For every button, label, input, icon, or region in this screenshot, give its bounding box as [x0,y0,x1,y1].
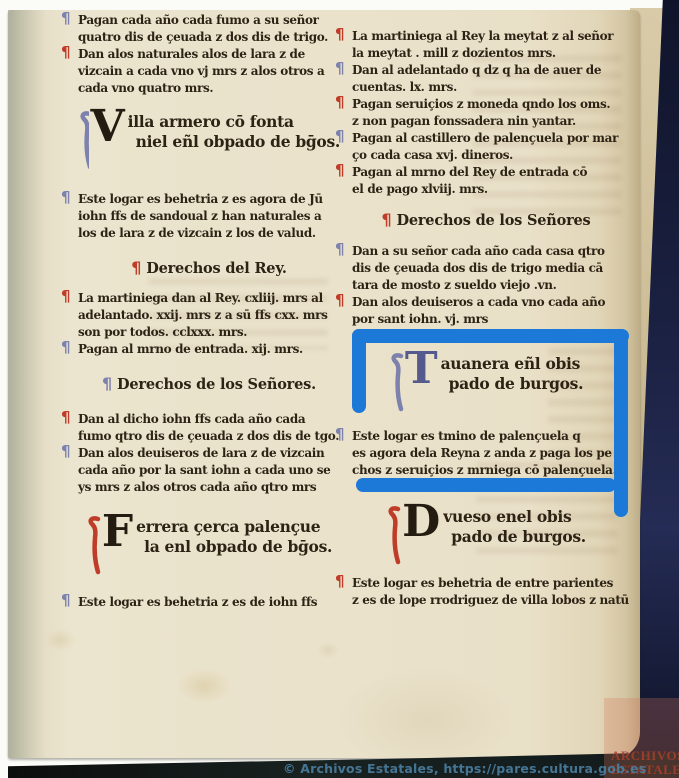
manuscript-heading: ¶Derechos de los Señores [352,210,620,229]
manuscript-line: ¶Dan alos deuiseros a cada vno cada año [352,294,620,311]
calderon-mark: ¶ [61,443,70,460]
manuscript-paragraph: ¶Pagan al mrno del Rey de entrada cōel d… [352,164,620,198]
manuscript-paragraph: ¶La martiniega dan al Rey. cxliij. mrs a… [78,290,340,341]
calderon-mark: ¶ [61,288,70,305]
manuscript-line: ço cada casa xvj. dineros. [352,147,620,164]
manuscript-line: ¶Dan alos naturales alos de lara z de [78,46,340,63]
calderon-mark: ¶ [61,339,70,356]
heading-line: la enl obpado de bḡos. [144,537,332,557]
heading-text: Derechos del Rey. [146,260,287,277]
heading-lines: errera çerca palençuela enl obpado de bḡ… [136,515,332,556]
heading-line: auanera eñl obis [441,354,584,374]
calderon-mark: ¶ [381,210,391,229]
manuscript-heading: Tauanera eñl obispado de burgos. [352,352,620,412]
manuscript-line: ¶Pagan al mrno del Rey de entrada cō [352,164,620,181]
manuscript-page: ¶Pagan cada año cada fumo a su señorquat… [8,10,640,758]
text-column-right: ¶La martiniega al Rey la meytat z al señ… [352,10,620,758]
text-column-left: ¶Pagan cada año cada fumo a su señorquat… [78,10,340,758]
illuminated-initial: T [405,348,438,390]
manuscript-line: ¶Dan al dicho iohn ffs cada año cada [78,411,340,428]
manuscript-paragraph: ¶Dan a su señor cada año cada casa qtrod… [352,243,620,294]
heading-line: illa armero cō fonta [128,112,340,132]
manuscript-line: adelantado. xxij. mrs z a sū ffs cxx. mr… [78,307,340,324]
heading-lines: illa armero cō fontaniel eñl obpado de b… [128,110,340,151]
manuscript-line: iohn ffs de sandoual z han naturales a [78,208,340,225]
heading-line: vueso enel obis [443,507,586,527]
manuscript-line: cuentas. lx. mrs. [352,79,620,96]
heading-line: errera çerca palençue [136,517,332,537]
entry-heading-row: Ferrera çerca palençuela enl obpado de b… [78,515,340,575]
calderon-mark: ¶ [61,44,70,61]
manuscript-paragraph: ¶Dan al adelantado q dz q ha de auer dec… [352,62,620,96]
manuscript-line: ¶Pagan al castillero de palençuela por m… [352,130,620,147]
manuscript-line: la meytat . mill z dozientos mrs. [352,45,620,62]
manuscript-line: ¶Este logar es behetria z es de iohn ffs [78,594,340,611]
entry-heading-row: Villa armero cō fontaniel eñl obpado de … [78,110,340,170]
manuscript-line: ¶Dan a su señor cada año cada casa qtro [352,243,620,260]
heading-lines: auanera eñl obispado de burgos. [441,352,584,393]
initial-flourish-icon [78,110,89,170]
calderon-mark: ¶ [61,409,70,426]
manuscript-paragraph: ¶Pagan al mrno de entrada. xij. mrs. [78,341,340,358]
calderon-mark: ¶ [131,258,141,277]
highlight-box-right [614,329,628,517]
binding-gutter-shadow [8,10,48,758]
manuscript-line: son por todos. cclxxx. mrs. [78,324,340,341]
heading-lines: vueso enel obispado de burgos. [443,505,586,546]
manuscript-line: z non pagan fonssadera nin yantar. [352,113,620,130]
manuscript-line: los de lara z de vizcain z los de valud. [78,225,340,242]
manuscript-paragraph: ¶Este logar es behetria z es agora de Jū… [78,191,340,242]
calderon-mark: ¶ [335,94,344,111]
manuscript-line: tara de mosto z sueldo viejo .vn. [352,277,620,294]
manuscript-line: z es de lope rrodriguez de villa lobos z… [352,592,620,609]
illuminated-initial: F [102,511,133,553]
calderon-mark: ¶ [335,292,344,309]
manuscript-line: dis de çeuada dos dis de trigo media cā [352,260,620,277]
initial-flourish-icon [86,515,101,575]
calderon-mark: ¶ [102,374,112,393]
manuscript-line: ¶La martiniega dan al Rey. cxliij. mrs a… [78,290,340,307]
calderon-mark: ¶ [335,573,344,590]
heading-line: niel eñl obpado de bḡos. [136,132,340,152]
highlight-box-left [352,329,366,413]
manuscript-line: ys mrs z alos otros cada año qtro mrs [78,479,340,496]
manuscript-line: fumo qtro dis de çeuada z dos dis de tgo… [78,428,340,445]
manuscript-line: ¶Dan al adelantado q dz q ha de auer de [352,62,620,79]
heading-line: pado de burgos. [449,374,584,394]
manuscript-heading: Ferrera çerca palençuela enl obpado de b… [78,515,340,575]
manuscript-line: ¶Dan alos deuiseros de lara z de vizcain [78,445,340,462]
manuscript-heading: ¶Derechos del Rey. [78,258,340,277]
manuscript-line: ¶Este logar es tmino de palençuela q [352,428,620,445]
manuscript-heading: Villa armero cō fontaniel eñl obpado de … [78,110,340,170]
pares-credit-watermark: © Archivos Estatales, https://pares.cult… [283,761,646,776]
manuscript-line: ¶Pagan cada año cada fumo a su señor [78,12,340,29]
manuscript-line: ¶La martiniega al Rey la meytat z al señ… [352,28,620,45]
manuscript-paragraph: ¶Este logar es behetria z es de iohn ffs [78,594,340,611]
manuscript-line: ¶Pagan al mrno de entrada. xij. mrs. [78,341,340,358]
manuscript-paragraph: ¶Este logar es behetria de entre parient… [352,575,620,609]
manuscript-paragraph: ¶Dan al dicho iohn ffs cada año cadafumo… [78,411,340,445]
manuscript-line: el de pago xlviij. mrs. [352,181,620,198]
manuscript-paragraph: ¶Pagan cada año cada fumo a su señorquat… [78,12,340,46]
calderon-mark: ¶ [61,592,70,609]
calderon-mark: ¶ [335,162,344,179]
calderon-mark: ¶ [335,128,344,145]
illuminated-initial: V [90,106,124,148]
manuscript-paragraph: ¶Este logar es tmino de palençuela qes a… [352,428,620,479]
entry-heading-row: Tauanera eñl obispado de burgos. [352,352,620,412]
manuscript-line: ¶Este logar es behetria z es agora de Jū [78,191,340,208]
calderon-mark: ¶ [335,26,344,43]
heading-line: pado de burgos. [451,527,586,547]
manuscript-line: vizcain a cada vno vj mrs z alos otros a [78,63,340,80]
heading-text: Derechos de los Señores [396,212,590,229]
manuscript-line: por sant iohn. vj. mrs [352,311,620,328]
manuscript-paragraph: ¶Dan alos deuiseros de lara z de vizcain… [78,445,340,496]
manuscript-paragraph: ¶Dan alos deuiseros a cada vno cada añop… [352,294,620,328]
manuscript-paragraph: ¶Pagan al castillero de palençuela por m… [352,130,620,164]
illuminated-initial: D [402,501,440,543]
highlight-box-top [352,329,629,343]
calderon-mark: ¶ [335,426,344,443]
manuscript-photo: ¶Pagan cada año cada fumo a su señorquat… [0,0,679,778]
entry-heading-row: Dvueso enel obispado de burgos. [352,505,620,565]
manuscript-line: ¶Este logar es behetria de entre parient… [352,575,620,592]
manuscript-line: cada vno quatro mrs. [78,80,340,97]
calderon-mark: ¶ [61,10,70,27]
manuscript-heading: ¶Derechos de los Señores. [78,374,340,393]
highlight-box-bottom [356,478,616,492]
manuscript-heading: Dvueso enel obispado de burgos. [352,505,620,565]
initial-flourish-icon [389,352,404,412]
manuscript-paragraph: ¶Dan alos naturales alos de lara z deviz… [78,46,340,97]
manuscript-line: cada año por la sant iohn a cada uno se [78,462,340,479]
calderon-mark: ¶ [335,241,344,258]
calderon-mark: ¶ [61,189,70,206]
manuscript-line: es agora dela Reyna z anda z paga los pe [352,445,620,462]
manuscript-line: quatro dis de çeuada z dos dis de trigo. [78,29,340,46]
calderon-mark: ¶ [335,60,344,77]
heading-text: Derechos de los Señores. [117,376,316,393]
manuscript-line: chos z seruiçios z mrniega cō palençuela… [352,462,620,479]
initial-flourish-icon [386,505,401,565]
manuscript-paragraph: ¶Pagan seruiçios z moneda qndo los oms.z… [352,96,620,130]
manuscript-line: ¶Pagan seruiçios z moneda qndo los oms. [352,96,620,113]
manuscript-paragraph: ¶La martiniega al Rey la meytat z al señ… [352,28,620,62]
